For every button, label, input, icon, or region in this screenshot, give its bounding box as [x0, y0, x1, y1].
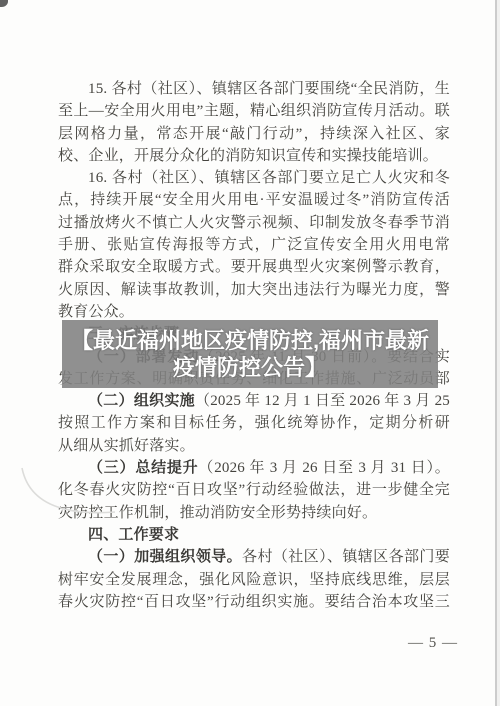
document-line: （二）组织实施（2025 年 12 月 1 日至 2026 年 3 月 25 日…	[58, 390, 450, 412]
document-line: （一）加强组织领导。各村（社区）、镇辖区各部门要切实	[58, 546, 450, 568]
document-line: 群众采取安全取暖方式。要开展典型火灾案例警示教育，剖析起	[58, 256, 450, 278]
banner-title-line-1: 【最近福州地区疫情防控,福州市最新	[71, 327, 429, 354]
document-line: 树牢安全发展理念，强化风险意识，坚持底线思维，层层抓好冬	[58, 569, 450, 591]
document-line: 按照工作方案和目标任务，强化统筹协作，定期分析研判，从严	[58, 412, 450, 434]
document-line: 过播放烤火不慎亡人火灾警示视频、印制发放冬春季节消防宣传	[58, 212, 450, 234]
document-line: 四、工作要求	[58, 524, 450, 546]
page-number: — 5 —	[408, 635, 458, 652]
scan-edge-line	[495, 0, 497, 706]
document-line: 手册、张贴宣传海报等方式，广泛宣传安全用火用电常识，引导	[58, 234, 450, 256]
document-line: （三）总结提升（2026 年 3 月 26 日至 3 月 31 日）。总结固	[58, 457, 450, 479]
document-line: 至上—安全用火用电”主题，精心组织消防宣传月活动。联动基	[58, 100, 450, 122]
document-line: 点，持续开展“安全用火用电·平安温暖过冬”消防宣传活动，通	[58, 189, 450, 211]
document-line: 火原因、解读事故教训，加大突出违法行为曝光力度，警示企业、	[58, 279, 450, 301]
document-line: 春火灾防控“百日攻坚”行动组织实施。要结合治本攻坚三年行	[58, 591, 450, 613]
document-line: 15. 各村（社区）、镇辖区各部门要围绕“全民消防，生命	[58, 78, 450, 100]
document-line: 校、企业，开展分众化的消防知识宣传和实操技能培训。	[58, 145, 450, 167]
overlay-banner: 【最近福州地区疫情防控,福州市最新 疫情防控公告】	[62, 320, 438, 388]
document-line: 16. 各村（社区）、镇辖区各部门要立足亡人火灾和冬季特	[58, 167, 450, 189]
scanned-document-page: 15. 各村（社区）、镇辖区各部门要围绕“全民消防，生命至上—安全用火用电”主题…	[0, 0, 500, 706]
scan-corner-speck	[0, 0, 8, 7]
document-line: 化冬春火灾防控“百日攻坚”行动经验做法，进一步健全完善火	[58, 479, 450, 501]
document-line: 灾防控工作机制，推动消防安全形势持续向好。	[58, 502, 450, 524]
banner-title-line-2: 疫情防控公告】	[173, 354, 327, 381]
document-line: 从细从实抓好落实。	[58, 435, 450, 457]
document-line: 层网格力量，常态开展“敲门行动”，持续深入社区、家庭、学	[58, 123, 450, 145]
